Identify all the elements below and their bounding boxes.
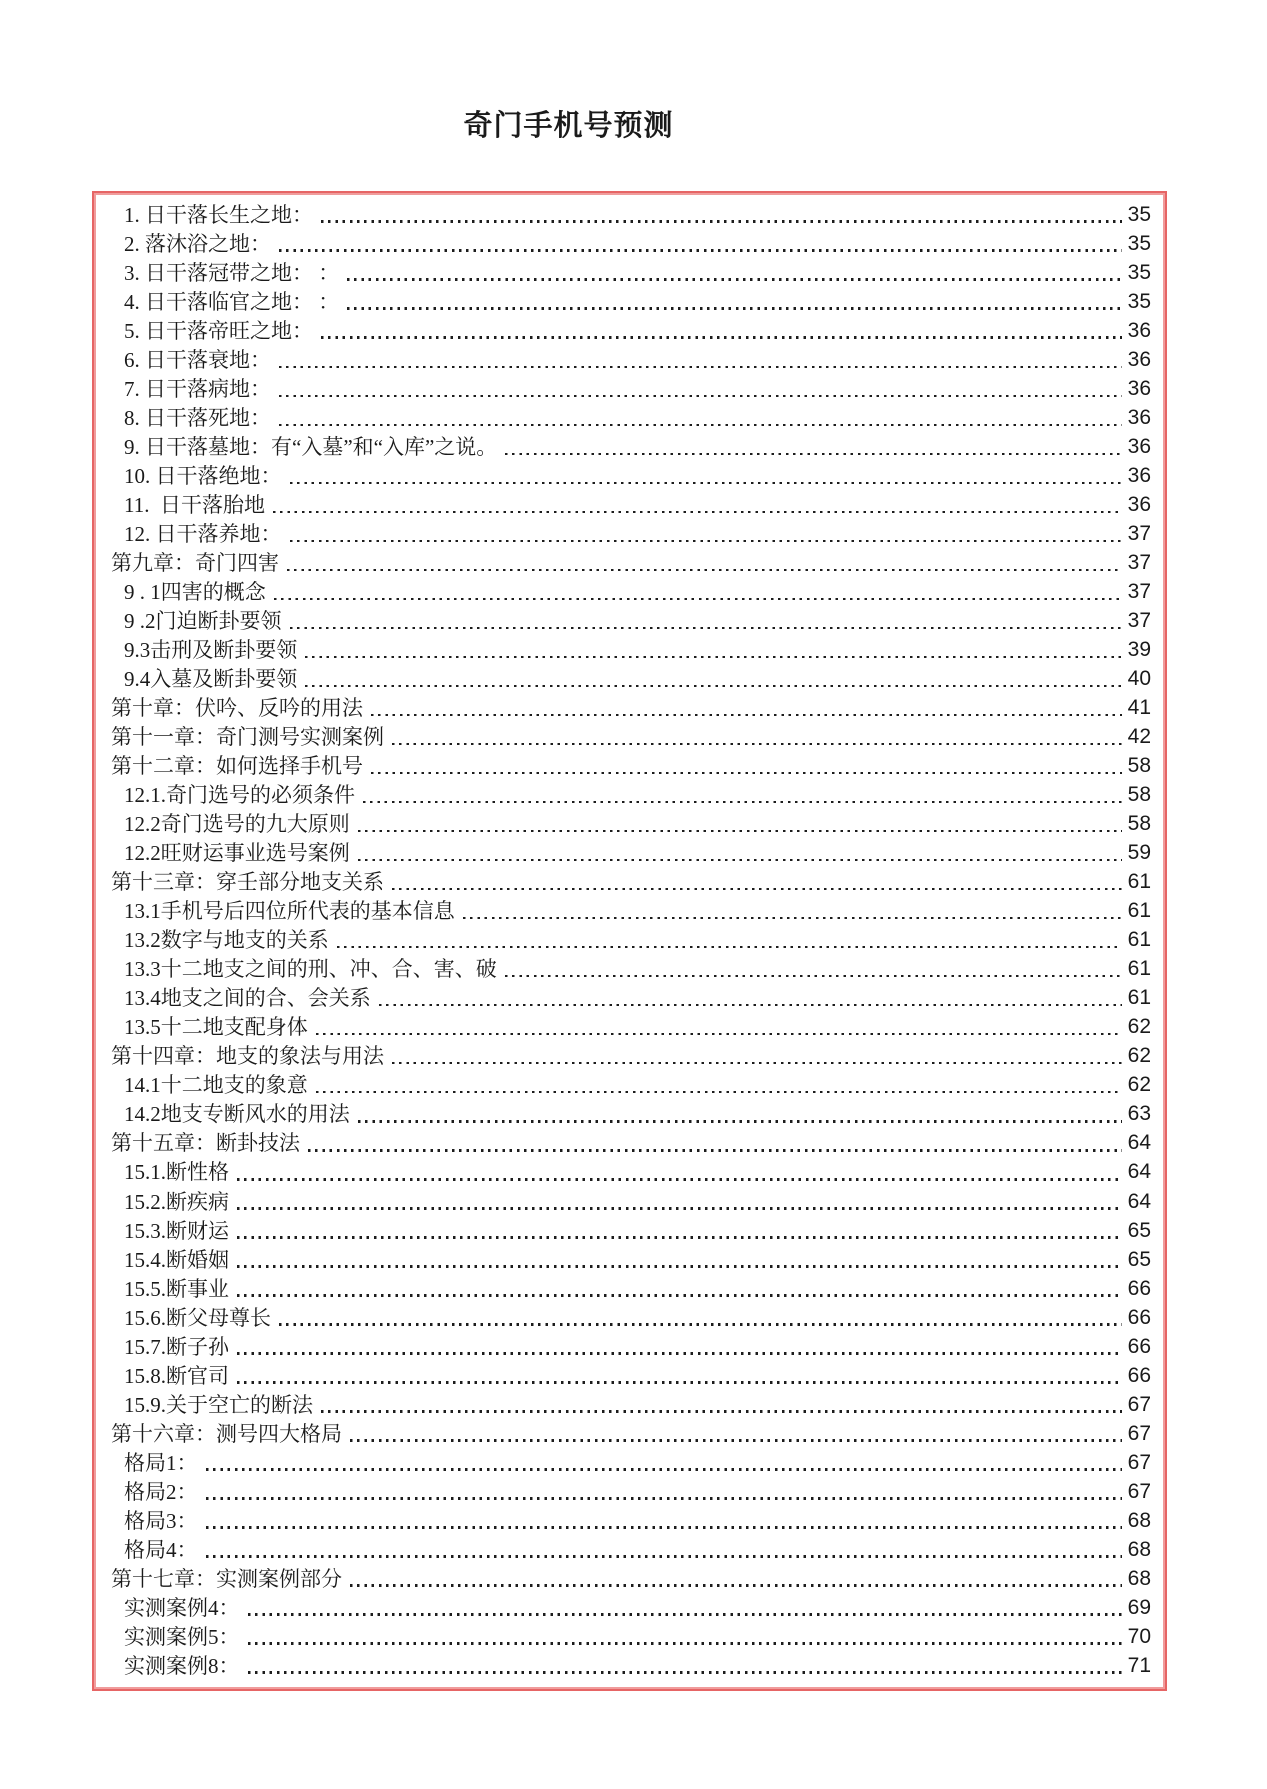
toc-entry[interactable]: 14.1十二地支的象意 62 (100, 1071, 1151, 1100)
toc-entry-label: 9.4入墓及断卦要领 (124, 668, 297, 690)
toc-entry[interactable]: 5. 日干落帝旺之地： 36 (100, 317, 1151, 346)
toc-entry-label: 5. 日干落帝旺之地： (124, 320, 313, 342)
toc-entry-label: 11. 日干落胎地 (124, 494, 265, 516)
dot-leader (371, 714, 1122, 717)
dot-leader (505, 975, 1122, 978)
toc-entry-page: 63 (1128, 1103, 1151, 1125)
dot-leader (206, 1497, 1122, 1500)
toc-entry[interactable]: 13.3十二地支之间的刑、冲、合、害、破 61 (100, 955, 1151, 984)
toc-entry[interactable]: 第十二章：如何选择手机号 58 (100, 752, 1151, 781)
dot-leader (392, 1062, 1122, 1065)
toc-entry-page: 36 (1128, 378, 1151, 400)
toc-entry-page: 62 (1128, 1045, 1151, 1067)
toc-entry-label: 第十七章：实测案例部分 (111, 1568, 342, 1590)
toc-entry-page: 64 (1128, 1161, 1151, 1183)
dot-leader (290, 540, 1122, 543)
dot-leader (347, 307, 1121, 310)
dot-leader (279, 249, 1122, 252)
toc-entry[interactable]: 1. 日干落长生之地： 35 (100, 201, 1151, 230)
toc-entry-label: 13.1手机号后四位所代表的基本信息 (124, 900, 455, 922)
toc-entry[interactable]: 11. 日干落胎地 36 (100, 491, 1151, 520)
dot-leader (279, 395, 1122, 398)
toc-entry-page: 39 (1128, 639, 1151, 661)
toc-entry-label: 9 .2门迫断卦要领 (124, 610, 282, 632)
toc-entry[interactable]: 9.3击刑及断卦要领 39 (100, 636, 1151, 665)
toc-entry-page: 65 (1128, 1249, 1151, 1271)
toc-entry-label: 9 . 1四害的概念 (124, 581, 266, 603)
toc-entry-label: 12.1.奇门选号的必须条件 (124, 784, 355, 806)
toc-entry[interactable]: 15.3.断财运 65 (100, 1217, 1151, 1246)
toc-entry[interactable]: 9.4入墓及断卦要领 40 (100, 665, 1151, 694)
toc-entry-label: 12.2奇门选号的九大原则 (124, 813, 350, 835)
dot-leader (392, 743, 1122, 746)
dot-leader (248, 1671, 1122, 1674)
toc-entry-page: 61 (1128, 987, 1151, 1009)
toc-entry-label: 实测案例4： (124, 1597, 240, 1619)
toc-entry-page: 36 (1128, 349, 1151, 371)
document-title: 奇门手机号预测 (0, 106, 1267, 146)
toc-entry-label: 格局2： (124, 1481, 198, 1503)
toc-entry-page: 62 (1128, 1016, 1151, 1038)
toc-entry-label: 第十六章：测号四大格局 (111, 1423, 342, 1445)
toc-entry-label: 格局4： (124, 1539, 198, 1561)
toc-entry-page: 36 (1128, 436, 1151, 458)
toc-entry[interactable]: 9 .2门迫断卦要领 37 (100, 607, 1151, 636)
toc-entry[interactable]: 第十一章：奇门测号实测案例 42 (100, 723, 1151, 752)
toc-entry-page: 61 (1128, 929, 1151, 951)
toc-entry-page: 37 (1128, 610, 1151, 632)
dot-leader (347, 278, 1121, 281)
dot-leader (237, 1236, 1122, 1239)
toc-entry-page: 61 (1128, 900, 1151, 922)
toc-entry[interactable]: 实测案例4： 69 (100, 1594, 1151, 1623)
toc-entry-page: 37 (1128, 581, 1151, 603)
toc-entry-page: 42 (1128, 726, 1151, 748)
dot-leader (237, 1207, 1122, 1210)
toc-entry[interactable]: 第九章：奇门四害 37 (100, 549, 1151, 578)
toc-entry[interactable]: 15.7.断子孙 66 (100, 1333, 1151, 1362)
dot-leader (248, 1642, 1122, 1645)
toc-entry-page: 36 (1128, 320, 1151, 342)
toc-entry[interactable]: 12.2旺财运事业选号案例 59 (100, 839, 1151, 868)
toc-entry-page: 61 (1128, 871, 1151, 893)
toc-entry[interactable]: 13.1手机号后四位所代表的基本信息 61 (100, 897, 1151, 926)
dot-leader (279, 1323, 1122, 1326)
dot-leader (279, 366, 1122, 369)
toc-entry-page: 71 (1128, 1655, 1151, 1677)
toc-entry-page: 67 (1128, 1452, 1151, 1474)
toc-entry-label: 9. 日干落墓地：有“入墓”和“入库”之说。 (124, 436, 497, 458)
toc-entry[interactable]: 第十三章：穿壬部分地支关系 61 (100, 868, 1151, 897)
toc-entry[interactable]: 15.8.断官司 66 (100, 1362, 1151, 1391)
toc-entry-label: 13.2数字与地支的关系 (124, 929, 329, 951)
dot-leader (392, 888, 1122, 891)
toc-entry-page: 58 (1128, 784, 1151, 806)
toc-entry-label: 15.8.断官司 (124, 1365, 229, 1387)
toc-entry-page: 36 (1128, 465, 1151, 487)
toc-entry-label: 格局3： (124, 1510, 198, 1532)
toc-entry[interactable]: 13.2数字与地支的关系 61 (100, 926, 1151, 955)
dot-leader (248, 1613, 1122, 1616)
dot-leader (358, 830, 1122, 833)
toc-entry-label: 第九章：奇门四害 (111, 552, 279, 574)
toc-entry[interactable]: 9. 日干落墓地：有“入墓”和“入库”之说。 36 (100, 433, 1151, 462)
toc-entry-label: 8. 日干落死地： (124, 407, 271, 429)
toc-entry-page: 65 (1128, 1220, 1151, 1242)
toc-entry[interactable]: 15.6.断父母尊长 66 (100, 1304, 1151, 1333)
toc-entry-page: 37 (1128, 552, 1151, 574)
toc-entry-label: 第十四章：地支的象法与用法 (111, 1045, 384, 1067)
toc-entry-page: 37 (1128, 523, 1151, 545)
toc-entry-page: 66 (1128, 1365, 1151, 1387)
dot-leader (350, 1584, 1122, 1587)
toc-entry[interactable]: 15.2.断疾病 64 (100, 1188, 1151, 1217)
toc-entry[interactable]: 8. 日干落死地： 36 (100, 404, 1151, 433)
toc-entry-label: 格局1： (124, 1452, 198, 1474)
toc-entry-label: 15.2.断疾病 (124, 1191, 229, 1213)
toc-entry-page: 35 (1128, 262, 1151, 284)
toc-entry[interactable]: 第十七章：实测案例部分 68 (100, 1565, 1151, 1594)
toc-entry-page: 40 (1128, 668, 1151, 690)
toc-entry[interactable]: 格局2： 67 (100, 1478, 1151, 1507)
dot-leader (463, 917, 1122, 920)
toc-box: 1. 日干落长生之地： 35 2. 落沐浴之地： 35 3. 日干落冠带之地： … (92, 191, 1167, 1691)
dot-leader (237, 1265, 1122, 1268)
toc-entry[interactable]: 实测案例8： 71 (100, 1652, 1151, 1681)
toc-entry[interactable]: 4. 日干落临官之地： ： 35 (100, 288, 1151, 317)
dot-leader (237, 1352, 1122, 1355)
toc-entry-page: 67 (1128, 1394, 1151, 1416)
toc-entry-label: 9.3击刑及断卦要领 (124, 639, 297, 661)
dot-leader (505, 453, 1121, 456)
dot-leader (206, 1468, 1122, 1471)
toc-entry-label: 15.1.断性格 (124, 1161, 229, 1183)
toc-entry-page: 68 (1128, 1510, 1151, 1532)
dot-leader (316, 1033, 1122, 1036)
toc-entry-label: 3. 日干落冠带之地： ： (124, 262, 339, 284)
toc-entry-page: 59 (1128, 842, 1151, 864)
dot-leader (305, 685, 1121, 688)
toc-entry-page: 68 (1128, 1568, 1151, 1590)
toc-entry[interactable]: 12.1.奇门选号的必须条件 58 (100, 781, 1151, 810)
toc-entry-label: 15.7.断子孙 (124, 1336, 229, 1358)
dot-leader (308, 1149, 1122, 1152)
toc-entry-page: 35 (1128, 233, 1151, 255)
toc-entry[interactable]: 13.5十二地支配身体 62 (100, 1013, 1151, 1042)
toc-entry-label: 第十二章：如何选择手机号 (111, 755, 363, 777)
toc-entry-page: 67 (1128, 1481, 1151, 1503)
toc-entry-label: 13.4地支之间的合、会关系 (124, 987, 371, 1009)
toc-entry-page: 70 (1128, 1626, 1151, 1648)
dot-leader (279, 424, 1122, 427)
toc-entry[interactable]: 2. 落沐浴之地： 35 (100, 230, 1151, 259)
toc-entry-page: 66 (1128, 1307, 1151, 1329)
toc-entry-label: 第十三章：穿壬部分地支关系 (111, 871, 384, 893)
dot-leader (321, 1410, 1122, 1413)
dot-leader (305, 656, 1121, 659)
toc-entry[interactable]: 格局4： 68 (100, 1536, 1151, 1565)
dot-leader (206, 1526, 1122, 1529)
toc-entry[interactable]: 13.4地支之间的合、会关系 61 (100, 984, 1151, 1013)
toc-entry-page: 69 (1128, 1597, 1151, 1619)
toc-entry-label: 13.5十二地支配身体 (124, 1016, 308, 1038)
dot-leader (274, 598, 1122, 601)
toc-entry[interactable]: 3. 日干落冠带之地： ： 35 (100, 259, 1151, 288)
toc-entry-label: 10. 日干落绝地： (124, 465, 282, 487)
toc-entry-page: 58 (1128, 813, 1151, 835)
toc-entry-page: 62 (1128, 1074, 1151, 1096)
dot-leader (321, 220, 1122, 223)
toc-entry-label: 15.3.断财运 (124, 1220, 229, 1242)
toc-entry-label: 7. 日干落病地： (124, 378, 271, 400)
toc-entry-label: 2. 落沐浴之地： (124, 233, 271, 255)
dot-leader (371, 772, 1122, 775)
toc-entry-label: 实测案例8： (124, 1655, 240, 1677)
toc-entry-page: 64 (1128, 1132, 1151, 1154)
toc-entry-page: 36 (1128, 407, 1151, 429)
dot-leader (363, 801, 1122, 804)
dot-leader (379, 1004, 1122, 1007)
toc-entry-page: 58 (1128, 755, 1151, 777)
toc-entry-page: 41 (1128, 697, 1151, 719)
toc-entry[interactable]: 6. 日干落衰地： 36 (100, 346, 1151, 375)
toc-entry[interactable]: 7. 日干落病地： 36 (100, 375, 1151, 404)
toc-entry[interactable]: 10. 日干落绝地： 36 (100, 462, 1151, 491)
toc-entry-page: 68 (1128, 1539, 1151, 1561)
toc-entry[interactable]: 第十五章：断卦技法 64 (100, 1130, 1151, 1159)
dot-leader (337, 946, 1122, 949)
dot-leader (237, 1178, 1122, 1181)
toc-entry[interactable]: 第十章：伏吟、反吟的用法 41 (100, 694, 1151, 723)
toc-list: 1. 日干落长生之地： 35 2. 落沐浴之地： 35 3. 日干落冠带之地： … (100, 199, 1159, 1683)
toc-entry-label: 14.2地支专断风水的用法 (124, 1103, 350, 1125)
toc-entry[interactable]: 第十四章：地支的象法与用法 62 (100, 1042, 1151, 1071)
dot-leader (350, 1439, 1122, 1442)
toc-entry-label: 第十一章：奇门测号实测案例 (111, 726, 384, 748)
toc-entry-label: 15.9.关于空亡的断法 (124, 1394, 313, 1416)
toc-entry[interactable]: 第十六章：测号四大格局 67 (100, 1420, 1151, 1449)
toc-entry-label: 12.2旺财运事业选号案例 (124, 842, 350, 864)
dot-leader (316, 1091, 1122, 1094)
dot-leader (237, 1381, 1122, 1384)
toc-entry-page: 35 (1128, 204, 1151, 226)
document-page: 奇门手机号预测 1. 日干落长生之地： 35 2. 落沐浴之地： 35 3. 日… (0, 0, 1267, 1789)
toc-entry-label: 14.1十二地支的象意 (124, 1074, 308, 1096)
dot-leader (290, 627, 1122, 630)
toc-entry-label: 第十五章：断卦技法 (111, 1132, 300, 1154)
toc-entry-page: 64 (1128, 1191, 1151, 1213)
toc-entry-label: 13.3十二地支之间的刑、冲、合、害、破 (124, 958, 497, 980)
toc-entry-label: 6. 日干落衰地： (124, 349, 271, 371)
toc-entry-label: 实测案例5： (124, 1626, 240, 1648)
dot-leader (206, 1555, 1122, 1558)
toc-entry[interactable]: 15.9.关于空亡的断法 67 (100, 1391, 1151, 1420)
toc-entry-page: 61 (1128, 958, 1151, 980)
toc-entry[interactable]: 12.2奇门选号的九大原则 58 (100, 810, 1151, 839)
toc-entry-label: 4. 日干落临官之地： ： (124, 291, 339, 313)
toc-entry-page: 66 (1128, 1278, 1151, 1300)
toc-entry-page: 35 (1128, 291, 1151, 313)
toc-entry[interactable]: 15.5.断事业 66 (100, 1275, 1151, 1304)
dot-leader (290, 482, 1122, 485)
toc-entry[interactable]: 格局3： 68 (100, 1507, 1151, 1536)
dot-leader (358, 859, 1122, 862)
toc-box-inner: 1. 日干落长生之地： 35 2. 落沐浴之地： 35 3. 日干落冠带之地： … (94, 193, 1165, 1689)
toc-entry-label: 15.6.断父母尊长 (124, 1307, 271, 1329)
toc-entry-label: 15.4.断婚姻 (124, 1249, 229, 1271)
toc-entry-label: 12. 日干落养地： (124, 523, 282, 545)
toc-entry[interactable]: 格局1： 67 (100, 1449, 1151, 1478)
dot-leader (358, 1120, 1122, 1123)
toc-entry-page: 36 (1128, 494, 1151, 516)
toc-entry[interactable]: 15.1.断性格 64 (100, 1159, 1151, 1188)
toc-entry[interactable]: 实测案例5： 70 (100, 1623, 1151, 1652)
dot-leader (321, 336, 1122, 339)
toc-entry-label: 第十章：伏吟、反吟的用法 (111, 697, 363, 719)
toc-entry[interactable]: 15.4.断婚姻 65 (100, 1246, 1151, 1275)
dot-leader (287, 569, 1122, 572)
dot-leader (237, 1294, 1122, 1297)
toc-entry-page: 67 (1128, 1423, 1151, 1445)
dot-leader (273, 511, 1122, 514)
toc-entry[interactable]: 9 . 1四害的概念 37 (100, 578, 1151, 607)
toc-entry[interactable]: 12. 日干落养地： 37 (100, 520, 1151, 549)
toc-entry-label: 15.5.断事业 (124, 1278, 229, 1300)
toc-entry-label: 1. 日干落长生之地： (124, 204, 313, 226)
toc-entry[interactable]: 14.2地支专断风水的用法 63 (100, 1100, 1151, 1129)
toc-entry-page: 66 (1128, 1336, 1151, 1358)
